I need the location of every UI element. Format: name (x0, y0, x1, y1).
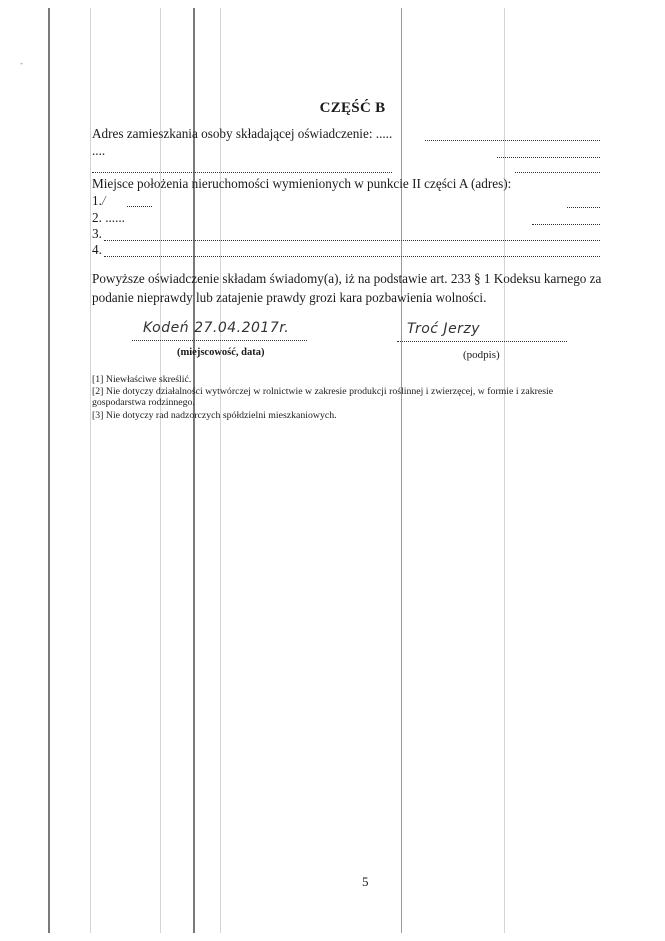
address-fill-line[interactable] (515, 172, 600, 173)
section-title: CZĘŚĆ B (0, 100, 665, 117)
place-date-label: (miejscowość, data) (177, 347, 264, 358)
scan-line (90, 8, 91, 933)
scan-line (160, 8, 161, 933)
property-label: Miejsce położenia nieruchomości wymienio… (92, 176, 511, 192)
property-item-number: 1. (92, 193, 102, 208)
address-fill-line[interactable] (497, 157, 600, 158)
address-line-2: .... (92, 143, 105, 159)
property-fill-line[interactable] (127, 206, 152, 207)
place-date-line[interactable] (132, 340, 307, 341)
signature-label: (podpis) (463, 349, 500, 361)
scan-line (401, 8, 402, 933)
property-item-3: 3. (92, 226, 102, 242)
declaration-text: Powyższe oświadczenie składam świadomy(a… (92, 269, 607, 307)
scan-line (48, 8, 50, 933)
footnote-2: [2] Nie dotyczy działalności wytwórczej … (92, 386, 602, 408)
address-fill-line[interactable] (425, 140, 600, 141)
scan-line (504, 8, 505, 933)
property-fill-line[interactable] (567, 207, 600, 208)
footnote-3: [3] Nie dotyczy rad nadzorczych spółdzie… (92, 410, 602, 421)
scan-line (220, 8, 221, 933)
signature-handwritten: Troć Jerzy (407, 321, 480, 337)
property-item-4: 4. (92, 242, 102, 258)
property-fill-line[interactable] (104, 240, 600, 241)
property-item-1: 1./ (92, 193, 106, 209)
property-fill-line[interactable] (532, 224, 600, 225)
signature-line[interactable] (397, 341, 567, 342)
scan-line (193, 8, 195, 933)
scan-mark: - (20, 58, 23, 68)
address-label: Adres zamieszkania osoby składającej ośw… (92, 126, 392, 142)
page-number: 5 (362, 874, 369, 890)
place-date-handwritten: Kodeń 27.04.2017r. (143, 320, 289, 336)
address-fill-line[interactable] (92, 172, 392, 173)
property-item-value: / (102, 193, 106, 208)
property-fill-line[interactable] (104, 256, 600, 257)
footnote-1: [1] Niewłaściwe skreślić. (92, 374, 602, 385)
property-item-2: 2. ...... (92, 210, 125, 226)
